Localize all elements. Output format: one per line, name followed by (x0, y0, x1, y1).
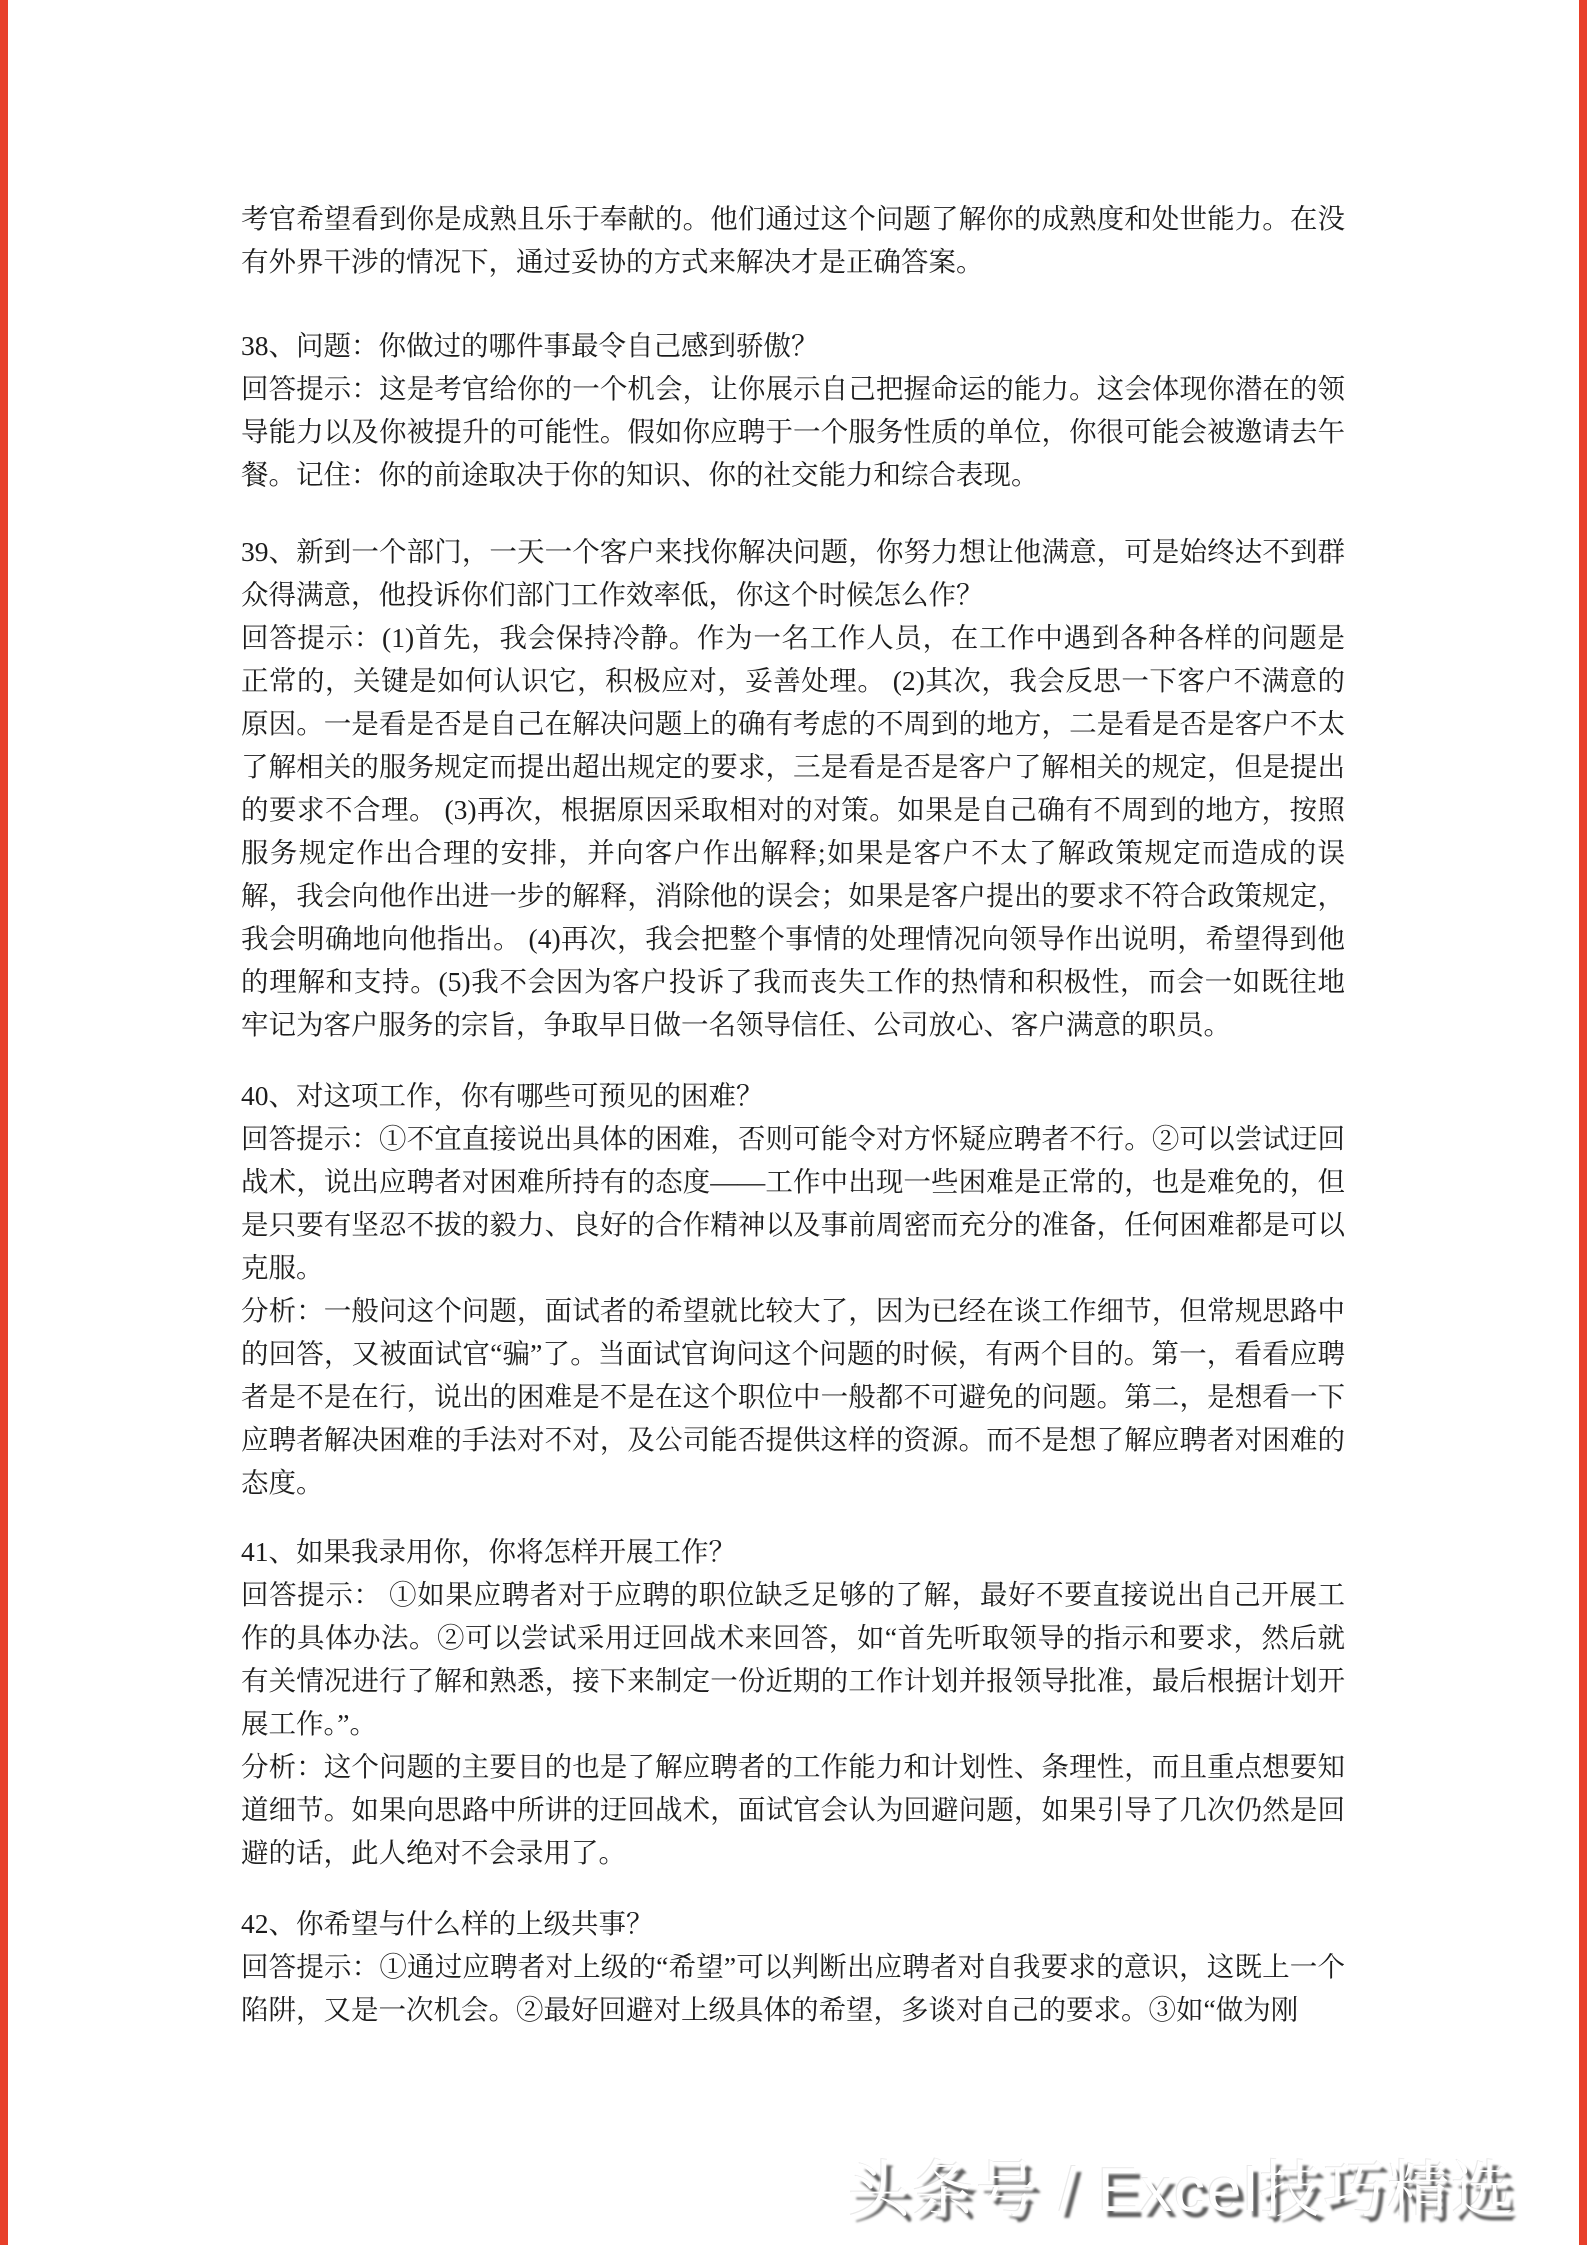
qa-group-38: 38、问题：你做过的哪件事最令自己感到骄傲？ 回答提示：这是考官给你的一个机会，… (241, 324, 1345, 496)
question-41-analysis: 分析：这个问题的主要目的也是了解应聘者的工作能力和计划性、条理性，而且重点想要知… (241, 1745, 1345, 1874)
question-39-answer: 回答提示：(1)首先，我会保持冷静。作为一名工作人员，在工作中遇到各种各样的问题… (241, 616, 1345, 1046)
intro-paragraph: 考官希望看到你是成熟且乐于奉献的。他们通过这个问题了解你的成熟度和处世能力。在没… (241, 197, 1345, 283)
right-red-edge-bar (1579, 0, 1587, 2245)
question-40-title: 40、对这项工作，你有哪些可预见的困难？ (241, 1074, 1345, 1117)
qa-group-39: 39、新到一个部门，一天一个客户来找你解决问题，你努力想让他满意，可是始终达不到… (241, 530, 1345, 1046)
content-column: 考官希望看到你是成熟且乐于奉献的。他们通过这个问题了解你的成熟度和处世能力。在没… (241, 197, 1345, 2031)
question-39-title: 39、新到一个部门，一天一个客户来找你解决问题，你努力想让他满意，可是始终达不到… (241, 530, 1345, 616)
qa-group-40: 40、对这项工作，你有哪些可预见的困难？ 回答提示：①不宜直接说出具体的困难，否… (241, 1074, 1345, 1504)
qa-group-42: 42、你希望与什么样的上级共事？ 回答提示：①通过应聘者对上级的“希望”可以判断… (241, 1902, 1345, 2031)
question-38-title: 38、问题：你做过的哪件事最令自己感到骄傲？ (241, 324, 1345, 367)
question-41-title: 41、如果我录用你，你将怎样开展工作？ (241, 1530, 1345, 1573)
question-42-title: 42、你希望与什么样的上级共事？ (241, 1902, 1345, 1945)
left-red-edge-bar (0, 0, 8, 2245)
qa-group-41: 41、如果我录用你，你将怎样开展工作？ 回答提示： ①如果应聘者对于应聘的职位缺… (241, 1530, 1345, 1874)
question-41-answer: 回答提示： ①如果应聘者对于应聘的职位缺乏足够的了解，最好不要直接说出自己开展工… (241, 1573, 1345, 1745)
question-40-analysis: 分析：一般问这个问题，面试者的希望就比较大了，因为已经在谈工作细节，但常规思路中… (241, 1289, 1345, 1504)
question-38-answer: 回答提示：这是考官给你的一个机会，让你展示自己把握命运的能力。这会体现你潜在的领… (241, 367, 1345, 496)
watermark-toutiao-excel: 头条号 / Excel技巧精选 (848, 2140, 1515, 2229)
question-42-answer: 回答提示：①通过应聘者对上级的“希望”可以判断出应聘者对自我要求的意识，这既上一… (241, 1945, 1345, 2031)
question-40-answer: 回答提示：①不宜直接说出具体的困难，否则可能令对方怀疑应聘者不行。②可以尝试迂回… (241, 1117, 1345, 1289)
document-page: 考官希望看到你是成熟且乐于奉献的。他们通过这个问题了解你的成熟度和处世能力。在没… (0, 0, 1587, 2245)
